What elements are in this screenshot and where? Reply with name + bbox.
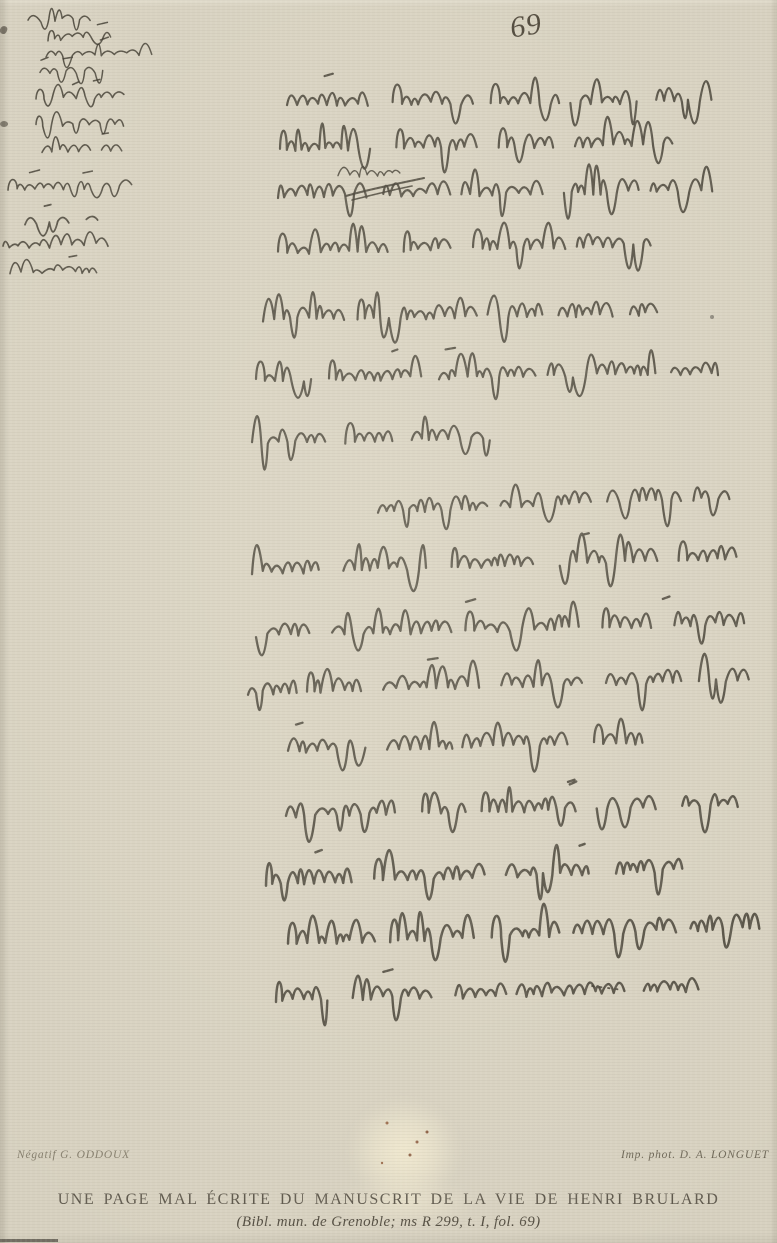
handwriting-line: [42, 133, 122, 152]
photo-credit-printer: Imp. phot. D. A. LONGUET: [621, 1149, 769, 1161]
handwriting-line: [288, 904, 759, 962]
ink-speck: [710, 315, 714, 319]
handwriting-line: [338, 166, 400, 177]
handwriting-line: [287, 74, 711, 126]
caption-source: (Bibl. mun. de Grenoble; ms R 299, t. I,…: [0, 1214, 777, 1231]
handwriting-line: [286, 780, 738, 842]
handwriting-line: [252, 416, 490, 469]
handwriting-line: [378, 485, 729, 530]
ink-speck: [386, 1122, 389, 1125]
handwriting-line: [276, 969, 698, 1025]
handwriting-line: [248, 654, 749, 711]
handwriting-line: [28, 9, 90, 30]
handwriting-line: [266, 844, 682, 901]
main-text-group: [248, 74, 759, 1026]
scanned-manuscript-plate: 69 Négatif G. ODDOUX Imp. phot. D. A. LO…: [0, 0, 777, 1243]
handwriting-line: [36, 112, 124, 138]
handwriting-line: [256, 348, 718, 399]
handwriting-line: [280, 117, 672, 173]
handwriting-line: [252, 533, 736, 591]
ink-speck: [426, 1131, 429, 1134]
ink-speck: [409, 1154, 412, 1157]
margin-notes-group: [3, 9, 152, 274]
handwriting-line: [48, 22, 111, 44]
handwriting-line: [46, 37, 152, 67]
ink-speck: [381, 1162, 383, 1164]
handwriting-layer: [0, 0, 777, 1243]
handwriting-line: [3, 232, 108, 248]
caption-title: UNE PAGE MAL ÉCRITE DU MANUSCRIT DE LA V…: [0, 1191, 777, 1209]
photo-credit-negative: Négatif G. ODDOUX: [17, 1149, 130, 1161]
ink-speck: [416, 1141, 419, 1144]
handwriting-line: [256, 597, 744, 656]
handwriting-line: [8, 170, 132, 198]
handwriting-line: [263, 292, 657, 343]
handwriting-line: [278, 164, 712, 218]
handwriting-line: [25, 205, 98, 236]
handwriting-line: [278, 223, 651, 271]
handwriting-line: [10, 256, 97, 274]
handwriting-line: [288, 719, 642, 772]
